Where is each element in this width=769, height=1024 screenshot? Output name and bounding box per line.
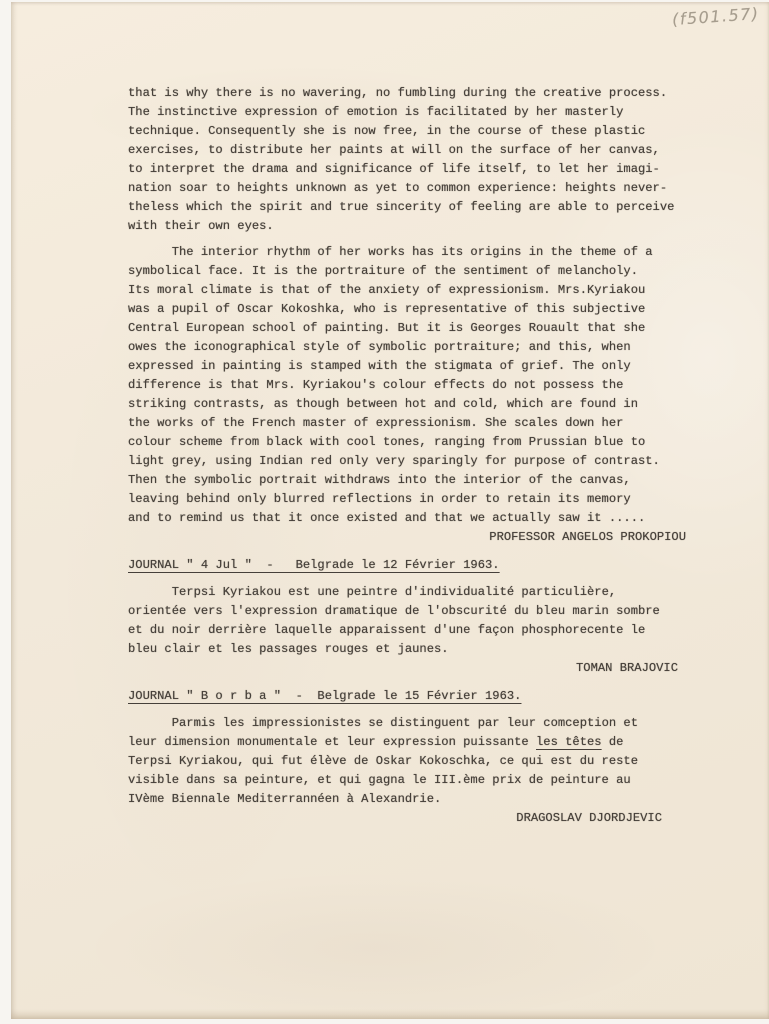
underlined-phrase-les-tetes: les têtes xyxy=(536,735,602,749)
paragraph-french-2: Parmis les impressionistes se distinguen… xyxy=(128,714,696,809)
journal-header-borba-text: JOURNAL " B o r b a " - Belgrade le 15 F… xyxy=(128,689,521,703)
paragraph-english-2: The interior rhythm of her works has its… xyxy=(128,243,696,528)
paragraph-english-1: that is why there is no wavering, no fum… xyxy=(128,84,696,236)
handwritten-annotation: (f501.57) xyxy=(672,4,761,29)
journal-header-4jul-text: JOURNAL " 4 Jul " - Belgrade le 12 Févri… xyxy=(128,558,500,572)
paper-sheet: (f501.57) that is why there is no waveri… xyxy=(11,2,769,1019)
signature-brajovic: TOMAN BRAJOVIC xyxy=(128,659,696,678)
journal-header-borba: JOURNAL " B o r b a " - Belgrade le 15 F… xyxy=(128,687,696,706)
paragraph-french-1: Terpsi Kyriakou est une peintre d'indivi… xyxy=(128,583,696,659)
document-text: that is why there is no wavering, no fum… xyxy=(128,84,696,828)
signature-prokopiou: PROFESSOR ANGELOS PROKOPIOU xyxy=(128,528,696,547)
scanned-page: (f501.57) that is why there is no waveri… xyxy=(0,0,769,1024)
signature-djordjevic: DRAGOSLAV DJORDJEVIC xyxy=(128,809,696,828)
journal-header-4jul: JOURNAL " 4 Jul " - Belgrade le 12 Févri… xyxy=(128,556,696,575)
